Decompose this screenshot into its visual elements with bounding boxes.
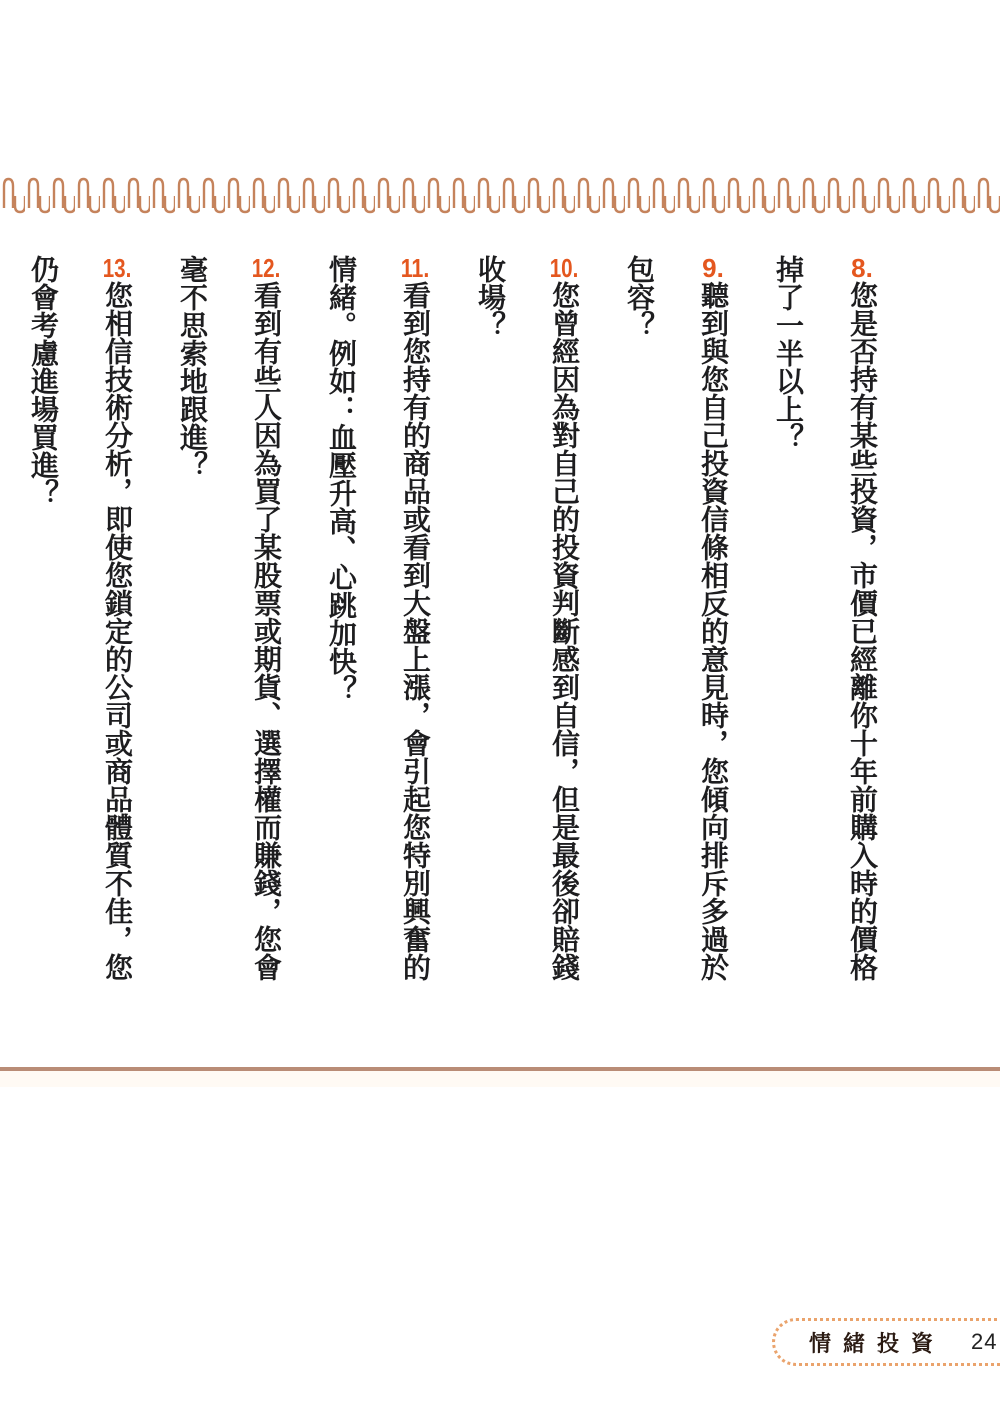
question-item-10: 10.您曾經因為對自己的投資判斷感到自信，但是最後卻賠錢 收場？ xyxy=(473,255,582,1055)
footer-page-number: 24 xyxy=(971,1329,997,1355)
question-number: 9. xyxy=(698,255,728,281)
question-item-11: 11.看到您持有的商品或看到大盤上漲，會引起您特別興奮的 情緒。例如：血壓升高、… xyxy=(324,255,433,1055)
question-main-line: 11.看到您持有的商品或看到大盤上漲，會引起您特別興奮的 xyxy=(397,255,433,1055)
question-text-line1: 看到您持有的商品或看到大盤上漲，會引起您特別興奮的 xyxy=(400,281,431,981)
question-text-line1: 您是否持有某些投資，市價已經離你十年前購入時的價格 xyxy=(847,281,878,981)
question-item-9: 9.聽到與您自己投資信條相反的意見時，您傾向排斥多過於 包容？ xyxy=(622,255,731,1055)
book-page: 8.您是否持有某些投資，市價已經離你十年前購入時的價格 掉了一半以上？ 9.聽到… xyxy=(0,0,1000,1428)
question-text-line2: 收場？ xyxy=(473,255,538,1055)
question-item-12: 12.看到有些人因為買了某股票或期貨、選擇權而賺錢，您會 毫不思索地跟進？ xyxy=(175,255,284,1055)
question-text-line2: 掉了一半以上？ xyxy=(771,255,836,1055)
question-text-line2: 情緒。例如：血壓升高、心跳加快？ xyxy=(324,255,389,1055)
footer-page-badge: 情緒投資 24 xyxy=(772,1318,1000,1366)
question-text-line2: 包容？ xyxy=(622,255,687,1055)
question-text-line1: 您相信技術分析，即使您鎖定的公司或商品體質不佳，您 xyxy=(102,281,133,981)
question-number: 13. xyxy=(102,255,132,281)
ornamental-meander-border xyxy=(0,172,1000,218)
question-number: 8. xyxy=(847,255,877,281)
question-main-line: 12.看到有些人因為買了某股票或期貨、選擇權而賺錢，您會 xyxy=(248,255,284,1055)
question-main-line: 8.您是否持有某些投資，市價已經離你十年前購入時的價格 xyxy=(844,255,880,1055)
question-item-13: 13.您相信技術分析，即使您鎖定的公司或商品體質不佳，您 仍會考慮進場買進？ xyxy=(26,255,135,1055)
question-number: 11. xyxy=(400,255,430,281)
question-item-8: 8.您是否持有某些投資，市價已經離你十年前購入時的價格 掉了一半以上？ xyxy=(771,255,880,1055)
question-text-line1: 聽到與您自己投資信條相反的意見時，您傾向排斥多過於 xyxy=(698,281,729,981)
question-main-line: 13.您相信技術分析，即使您鎖定的公司或商品體質不佳，您 xyxy=(99,255,135,1055)
question-text-line2: 毫不思索地跟進？ xyxy=(175,255,240,1055)
question-list: 8.您是否持有某些投資，市價已經離你十年前購入時的價格 掉了一半以上？ 9.聽到… xyxy=(0,255,880,1055)
question-text-line2: 仍會考慮進場買進？ xyxy=(26,255,91,1055)
footer-section-label: 情緒投資 xyxy=(809,1327,945,1358)
question-text-line1: 您曾經因為對自己的投資判斷感到自信，但是最後卻賠錢 xyxy=(549,281,580,981)
divider-glow xyxy=(0,1071,1000,1087)
question-main-line: 9.聽到與您自己投資信條相反的意見時，您傾向排斥多過於 xyxy=(695,255,731,1055)
question-text-line1: 看到有些人因為買了某股票或期貨、選擇權而賺錢，您會 xyxy=(251,281,282,981)
question-number: 10. xyxy=(549,255,579,281)
question-main-line: 10.您曾經因為對自己的投資判斷感到自信，但是最後卻賠錢 xyxy=(546,255,582,1055)
question-number: 12. xyxy=(251,255,281,281)
